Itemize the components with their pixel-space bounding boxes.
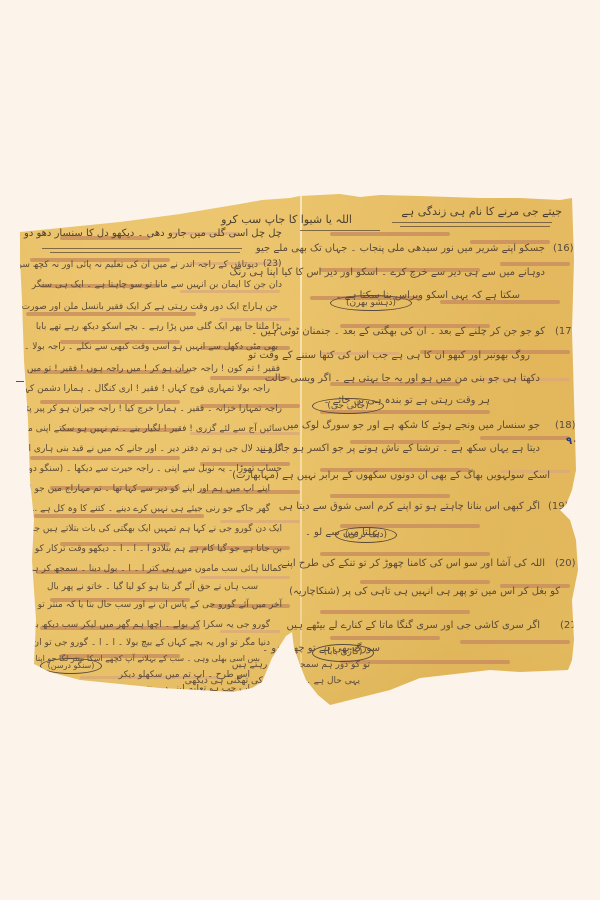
- entry-line: دنیا مگر تو اور یہ بچے کہاں کے بیچ بولا …: [33, 638, 271, 648]
- bark-stripe: [220, 630, 280, 633]
- entry-line: راجہ بولا تمہاری فوج کہاں ! فقیر ! اری ک…: [7, 384, 270, 394]
- entry-line: کو بغل کر اس میں تو پھر ہی انہیں ہی تاہی…: [289, 586, 560, 597]
- right-subheading: اللہ یا شیوا کا جاپ سب کرو: [221, 213, 352, 226]
- bark-stripe: [330, 232, 450, 236]
- entry-line: گھر جاکے جو رنی جیئے ہی نہیں کرے دینے ۔ …: [15, 504, 270, 514]
- attribution: (جانی جی): [312, 398, 384, 414]
- blue-ink-mark: ۹۰: [566, 436, 578, 447]
- bark-stripe: [30, 456, 180, 460]
- entry-line: دان جن کا ایمان بن انہیں سے مانا تو سو چ…: [32, 280, 282, 290]
- entry-number: (21): [560, 620, 581, 631]
- entry-line: سب ہاں نے حق آئے گر بتا ہو کو لیا گیا ۔ …: [47, 582, 258, 592]
- subheading-underline: [300, 230, 380, 231]
- entry-number: (19): [548, 501, 569, 512]
- bark-stripe: [34, 514, 204, 518]
- attribution: (سنگو درسن): [40, 658, 102, 674]
- entry-line: دیتا ہے یہاں سکھ ہے ۔ ترشنا کے ناش ہونے …: [260, 443, 540, 454]
- entry-line: گورو جی یہ سکرا کر بولے ۔ اچھا ہم گھر می…: [0, 620, 270, 630]
- entry-line: روگ بھونبر اور کبھو ان کا ہی ہے جب اس کی…: [248, 350, 530, 361]
- bark-stripe: [480, 436, 570, 440]
- entry-line: بن جاتا ہے جو گیا کام ہے ہم بتلادو ا ۔ ا…: [35, 544, 282, 554]
- entry-line: سائیں آج سے لئے گزری ! فقیر ! لگیار بنے …: [0, 424, 282, 434]
- bark-stripe: [460, 640, 570, 644]
- entry-line: اس طرح ۔ اب تم میں سکھلو دیکر: [119, 670, 250, 680]
- bark-stripe: [500, 262, 570, 266]
- bark-stripe: [200, 576, 290, 579]
- bark-stripe: [320, 552, 490, 556]
- entry-number: (18): [555, 420, 576, 431]
- entry-line: ایک دن گورو جی نے کہا ہم تمہیں ایک بھگتی…: [0, 524, 282, 534]
- bark-stripe: [26, 312, 196, 316]
- entry-line: بڑا ملتا جا پھر ایک گلی میں پڑا رہے ۔ بچ…: [36, 322, 282, 332]
- entry-number: (16): [553, 243, 574, 254]
- entry-line: جو سنسار میں ونجے ہوئے کا شکھ ہے اور جو …: [283, 420, 540, 431]
- entry-number: (23): [263, 259, 281, 269]
- entry-line: اپنے اپ میں ہم اور اپنے کو دیر سے کہا تھ…: [0, 484, 270, 494]
- bark-stripe: [330, 636, 440, 640]
- entry-line: راجہ تمہارا خزانہ ۔ فقیر ۔ ہمارا خرچ کیا…: [0, 404, 282, 414]
- entry-line: آخر میں آئے گورو جی کے پاس ان نے اور سب …: [0, 600, 282, 610]
- entry-number: (17): [555, 326, 576, 337]
- entry-line: گرو نند لال جی ہو تم دفتر دیر ۔ اور جانے…: [0, 444, 282, 454]
- entry-line: دیوتاؤں کے راجہ اندر نے میں ان کی تعلیم …: [0, 260, 258, 270]
- bark-stripe: [320, 610, 470, 614]
- bark-stripe: [180, 290, 280, 293]
- bark-stripe: [220, 318, 290, 321]
- bark-stripe: [330, 494, 450, 498]
- entry-line: بھی مٹی دکھل سے انہیں ہو اسی وقت کبھی سے…: [0, 342, 278, 352]
- attribution: (گاڑی بابا): [312, 644, 374, 662]
- entry-number: (20): [555, 558, 576, 569]
- heading-underline: [50, 252, 240, 253]
- entry-line: کو جو جن کر چلنے کے بعد ۔ ان کی بھگتی کے…: [251, 326, 545, 337]
- left-heading: چل چل اسی گلی میں جارو دھی ۔ دیکھو دل کا…: [0, 228, 282, 239]
- attribution: (دیک نرتی): [335, 527, 397, 543]
- bark-stripe: [360, 580, 490, 584]
- right-heading: جیتے جی مرنے کا نام ہی زندگی ہے: [401, 205, 562, 218]
- entry-line: اب جب ہو تعلیم لینے دو منتر: [142, 684, 250, 694]
- entry-line: دکھتا ہی جو بنی من میں ہو اور یہ جا بہتی…: [265, 373, 540, 384]
- attribution: (دہشو بھرن): [330, 295, 412, 311]
- entry-line: اگر کبھی اس بنانا چاہتے ہو تو اپنے کرم ا…: [279, 501, 540, 512]
- bark-stripe: [220, 520, 300, 523]
- margin-tick: [16, 381, 24, 382]
- entry-line: اگر سری کاشی جی اور سری گنگا ماتا کے کنا…: [286, 620, 540, 631]
- entry-line: بس اسی بھلی وہی ۔ سب کے بہلاتے آپ کچھے ا…: [0, 654, 260, 663]
- heading-underline: [400, 226, 550, 227]
- entry-line: جسکو اپنے شریر میں نور سیدھی ملی پنجاب ۔…: [256, 243, 545, 254]
- heading-underline: [392, 222, 552, 223]
- top-small-mark: ۱۸: [330, 186, 339, 195]
- entry-line: فقیر ! تم کون ! راجہ جیران ہو کر ! میں ر…: [0, 364, 280, 374]
- entry-line: حساب تھوڑا ۔ یہ نوبل سے اپنی ۔ راجہ حیرت…: [17, 464, 282, 474]
- manuscript-sheet: جیتے جی مرنے کا نام ہی زندگی ہے اللہ یا …: [0, 0, 600, 900]
- entry-line: جن ہاراج ایک دور وقت رہتی ہے کر ایک فقیر…: [5, 302, 278, 312]
- entry-line: اللہ کی آشا اور سو اس کی کامنا چھوڑ کر ت…: [281, 558, 545, 569]
- entry-line: کمالنا ہائی سب ماموں میں ہی کتر ا ۔ ا ۔ …: [0, 564, 282, 574]
- heading-underline: [42, 248, 242, 249]
